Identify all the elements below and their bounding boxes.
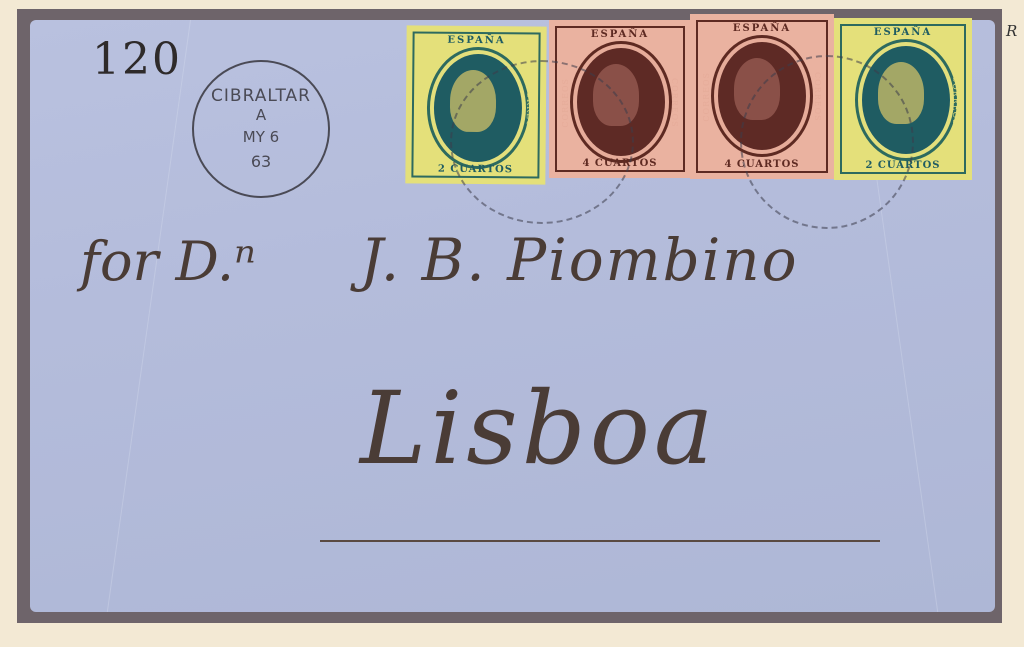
- address-city: Lisboa: [360, 370, 718, 487]
- stamp-country: ESPAÑA: [690, 23, 834, 34]
- cancellation-mark-1: [450, 60, 634, 224]
- address-prefix: for D.ⁿ: [80, 230, 256, 293]
- stamp-side-text: CORREOS: [670, 78, 679, 128]
- album-margin-letter: R: [1006, 22, 1017, 40]
- addressee-name: J. B. Piombino: [360, 226, 799, 294]
- cancellation-mark-2: [740, 55, 914, 229]
- stamp-country: ESPAÑA: [549, 29, 691, 40]
- postmark-year: 63: [194, 152, 328, 171]
- stamp-side-text: CORREOS: [951, 76, 960, 126]
- stamp-country: ESPAÑA: [407, 34, 547, 46]
- manuscript-rate: 120: [92, 34, 182, 85]
- stamp-side-text: CORREOS: [418, 83, 427, 133]
- gibraltar-postmark: CIBRALTAR A MY 6 63: [192, 60, 330, 198]
- address-underline: [320, 540, 880, 542]
- postmark-date: MY 6: [194, 128, 328, 146]
- postmark-city: CIBRALTAR: [194, 86, 328, 106]
- stamp-country: ESPAÑA: [834, 27, 972, 38]
- cover-fold-left: [0, 20, 191, 612]
- postmark-code: A: [194, 106, 328, 124]
- stamp-side-text: CORREOS: [702, 72, 711, 122]
